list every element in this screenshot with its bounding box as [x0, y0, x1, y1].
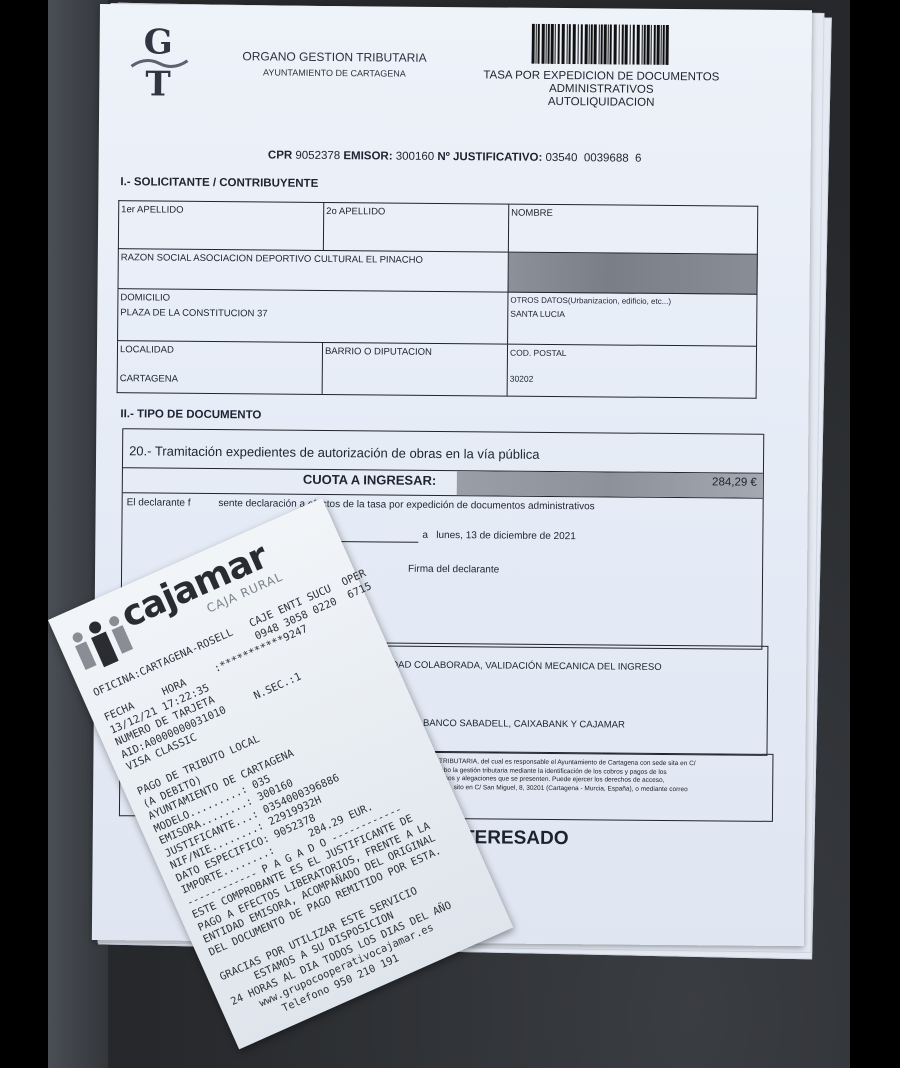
- gt-logo: G T: [129, 22, 190, 103]
- apellido1-cell: 1er APELLIDO: [118, 201, 323, 251]
- fee-title: TASA POR EXPEDICION DE DOCUMENTOS ADMINI…: [481, 69, 721, 110]
- section-2-title: II.- TIPO DE DOCUMENTO: [120, 408, 261, 421]
- declaration-text: El declarante f sente declaración a efec…: [127, 497, 595, 512]
- nombre-cell: NOMBRE: [508, 204, 757, 254]
- issuer-heading: ORGANO GESTION TRIBUTARIA AYUNTAMIENTO D…: [239, 49, 429, 79]
- left-letterbox: [0, 0, 48, 1068]
- signature-label: Firma del declarante: [408, 564, 499, 576]
- redacted-block: [508, 252, 757, 294]
- barcode-icon: [531, 24, 671, 65]
- cuota-amount-box: 284,29 €: [457, 471, 763, 498]
- cp-cell: COD. POSTAL30202: [507, 344, 756, 398]
- apellido2-cell: 2o APELLIDO: [323, 202, 508, 252]
- declaration-date: a lunes, 13 de diciembre de 2021: [422, 530, 576, 542]
- cuota-label: CUOTA A INGRESAR:: [303, 472, 437, 488]
- document-type: 20.- Tramitación expedientes de autoriza…: [129, 443, 540, 462]
- org-sub: AYUNTAMIENTO DE CARTAGENA: [239, 67, 429, 79]
- org-name: ORGANO GESTION TRIBUTARIA: [239, 49, 429, 65]
- domicilio-cell: DOMICILIOPLAZA DE LA CONSTITUCION 37: [118, 289, 508, 344]
- cuota-amount: 284,29 €: [712, 476, 757, 488]
- taxpayer-table: 1er APELLIDO 2o APELLIDO NOMBRE RAZON SO…: [117, 200, 759, 399]
- localidad-cell: LOCALIDADCARTAGENA: [117, 341, 322, 395]
- cuota-row: CUOTA A INGRESAR: 284,29 €: [123, 467, 763, 499]
- otros-datos-cell: OTROS DATOS(Urbanizacion, edificio, etc.…: [508, 292, 757, 346]
- section-1-title: I.- SOLICITANTE / CONTRIBUYENTE: [120, 176, 318, 190]
- reference-ids: CPR 9052378 EMISOR: 300160 Nº JUSTIFICAT…: [99, 148, 811, 166]
- right-letterbox: [850, 0, 900, 1068]
- barrio-cell: BARRIO O DIPUTACION: [322, 342, 507, 396]
- razon-social-cell: RAZON SOCIAL ASOCIACION DEPORTIVO CULTUR…: [118, 249, 508, 292]
- validation-text: A ENTIDAD COLABORADA, VALIDACIÓN MECANIC…: [361, 659, 661, 673]
